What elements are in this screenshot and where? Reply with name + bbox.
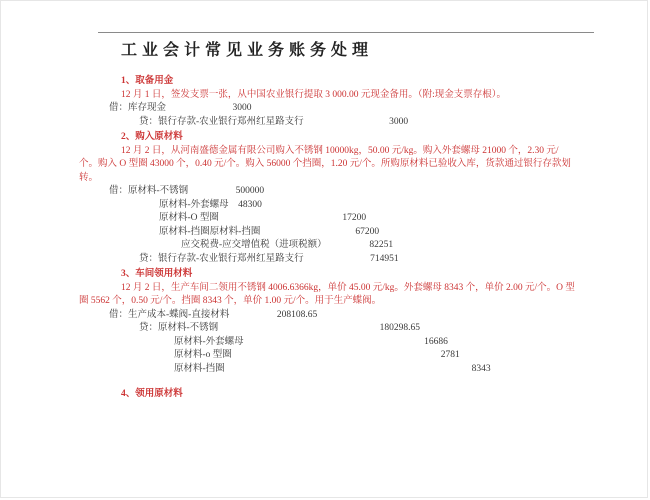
- page-title: 工业会计常见业务账务处理: [121, 41, 647, 61]
- journal-entry-line: 借：库存现金 3000: [109, 102, 575, 116]
- section-paragraph: 12 月 2 日，从河南盛德金属有限公司购入不锈钢 10000kg，50.00 …: [79, 145, 575, 186]
- journal-entry-line: 借：生产成本-蝶阀-直接材料 208108.65: [109, 309, 575, 323]
- journal-entry-line: 原材料-外套螺母 48300: [159, 199, 575, 213]
- journal-entry-line: 原材料-O 型圈 17200: [159, 212, 575, 226]
- section-paragraph: 12 月 2 日，生产车间二领用不锈钢 4006.6366kg，单价 45.00…: [79, 282, 575, 309]
- document-body: 1、取备用金12 月 1 日，签发支票一张，从中国农业银行提取 3 000.00…: [1, 75, 647, 402]
- journal-entry-line: 原材料-挡圈 8343: [174, 363, 575, 377]
- section-heading: 3、车间领用材料: [121, 268, 575, 282]
- journal-entry-line: 贷：原材料-不锈钢 180298.65: [139, 322, 575, 336]
- journal-entry-line: 原材料-外套螺母 16686: [174, 336, 575, 350]
- document-page: 工业会计常见业务账务处理 1、取备用金12 月 1 日，签发支票一张，从中国农业…: [0, 0, 648, 498]
- journal-entry-line: 原材料-o 型圈 2781: [174, 349, 575, 363]
- journal-entry-line: 原材料-挡圈原材料-挡圈 67200: [159, 226, 575, 240]
- journal-entry-line: 贷：银行存款-农业银行郑州红星路支行 3000: [139, 116, 575, 130]
- section-heading: 2、购入原材料: [121, 131, 575, 145]
- top-rule: [98, 32, 594, 33]
- section-heading: 4、领用原材料: [121, 388, 575, 402]
- section-heading: 1、取备用金: [121, 75, 575, 89]
- journal-entry-line: 应交税费-应交增值税（进项税额） 82251: [181, 239, 575, 253]
- section-paragraph: 12 月 1 日，签发支票一张，从中国农业银行提取 3 000.00 元现金备用…: [79, 89, 575, 103]
- journal-entry-line: 贷：银行存款-农业银行郑州红星路支行 714951: [139, 253, 575, 267]
- journal-entry-line: 借：原材料-不锈钢 500000: [109, 185, 575, 199]
